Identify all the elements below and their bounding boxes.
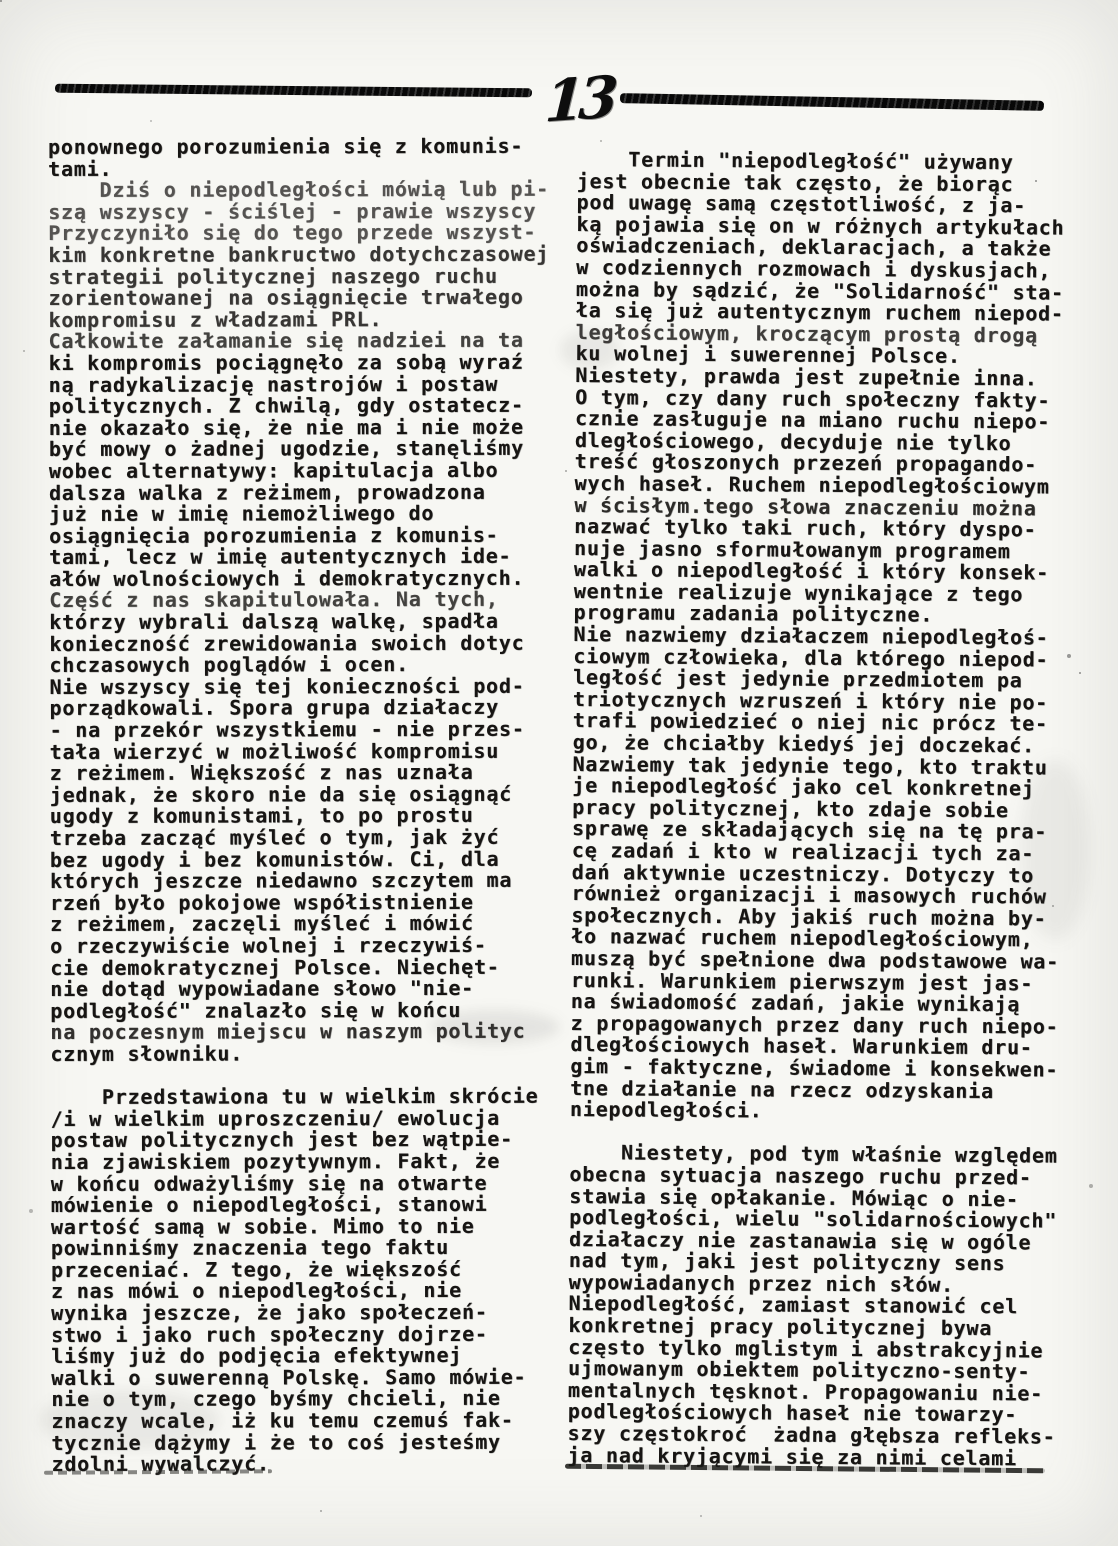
text-line: nia zjawiskiem pozytywnym. Fakt, że bbox=[51, 1151, 573, 1174]
text-line: zorientowanej na osiągnięcie trwałego bbox=[48, 287, 570, 310]
text-line: Całkowite załamanie się nadziei na ta bbox=[49, 330, 571, 353]
header-rule-left bbox=[55, 84, 532, 98]
text-line: w ścisłym.tego słowa znaczeniu można bbox=[574, 494, 1106, 519]
header-rule-right bbox=[620, 93, 1044, 111]
text-line: na poczesnym miejscu w naszym polityc bbox=[50, 1021, 572, 1044]
document-page: 13 ponownego porozumienia się z komunis-… bbox=[0, 0, 1118, 1546]
text-line: ponownego porozumienia się z komunis- bbox=[48, 136, 570, 159]
text-line: cznym słowniku. bbox=[50, 1043, 572, 1066]
right-text-column: Termin "niepodległość" używanyjest obecn… bbox=[567, 149, 1109, 1470]
text-line: niepodległości. bbox=[570, 1099, 1102, 1124]
text-line: nie dotąd wypowiadane słowo "nie- bbox=[50, 978, 572, 1001]
text-line: mówienie o niepodległości, stanowi bbox=[51, 1194, 573, 1217]
text-line: ległościowym, kroczącym prostą drogą bbox=[576, 322, 1108, 347]
page-number: 13 bbox=[543, 63, 614, 135]
text-line: tycznie dążymy i że to coś jesteśmy bbox=[51, 1431, 573, 1454]
photocopy-specks bbox=[0, 0, 2, 2]
text-line: wobec alternatywy: kapitulacja albo bbox=[49, 460, 571, 483]
text-line: Część z nas skapitulowała. Na tych, bbox=[49, 589, 571, 612]
left-text-column: ponownego porozumienia się z komunis-tam… bbox=[48, 136, 574, 1476]
text-line: wynika jeszcze, że jako społeczeń- bbox=[51, 1302, 573, 1325]
